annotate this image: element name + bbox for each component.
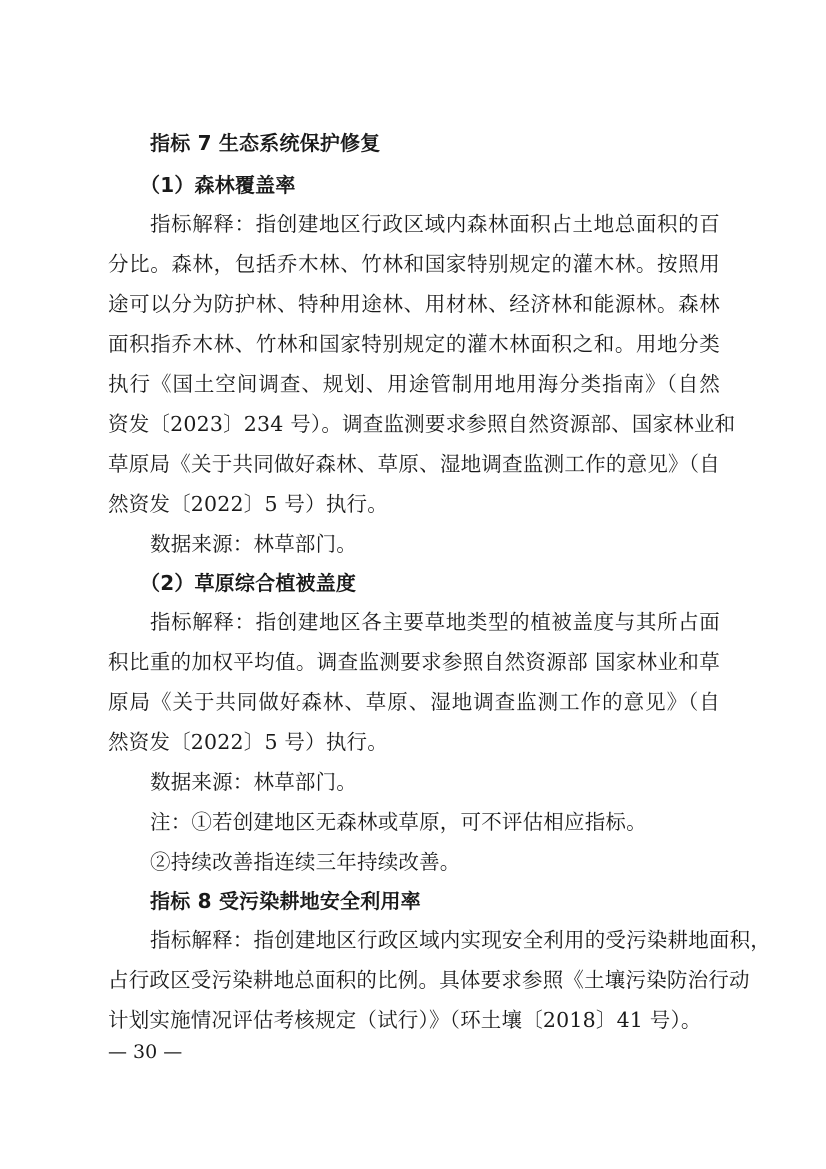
paragraph-line: 指标解释：指创建地区行政区域内森林面积占土地总面积的百 (150, 210, 720, 238)
paragraph-line: 计划实施情况评估考核规定（试行）》（环土壤〔2018〕41 号）。 (108, 1006, 720, 1034)
paragraph-line: 面积指乔木林、竹林和国家特别规定的灌木林面积之和。用地分类 (108, 330, 720, 358)
paragraph-line: 途可以分为防护林、特种用途林、用材林、经济林和能源林。森林 (108, 290, 720, 318)
paragraph-line: 积比重的加权平均值。调查监测要求参照自然资源部 国家林业和草 (108, 648, 720, 676)
paragraph-line: 原局《关于共同做好森林、草原、湿地调查监测工作的意见》（自 (108, 688, 720, 716)
note-line: ②持续改善指连续三年持续改善。 (150, 848, 762, 876)
section-7-heading: 指标 7 生态系统保护修复 (150, 129, 762, 157)
paragraph-line: 然资发〔2022〕5 号）执行。 (108, 490, 720, 518)
paragraph-line: 分比。森林，包括乔木林、竹林和国家特别规定的灌木林。按照用 (108, 250, 720, 278)
paragraph-line: 草原局《关于共同做好森林、草原、湿地调查监测工作的意见》（自 (108, 450, 720, 478)
paragraph-line: 资发〔2023〕234 号）。调查监测要求参照自然资源部、国家林业和 (108, 410, 720, 438)
data-source: 数据来源：林草部门。 (150, 768, 762, 796)
paragraph-line: 指标解释：指创建地区行政区域内实现安全利用的受污染耕地面积， (150, 926, 720, 954)
subsection-grassland-coverage-heading: （2）草原综合植被盖度 (140, 569, 752, 597)
document-page: 指标 7 生态系统保护修复 （1）森林覆盖率 指标解释：指创建地区行政区域内森林… (0, 0, 826, 1169)
page-number: — 30 — (108, 1040, 182, 1064)
note-line: 注：①若创建地区无森林或草原，可不评估相应指标。 (150, 808, 762, 836)
paragraph-line: 指标解释：指创建地区各主要草地类型的植被盖度与其所占面 (150, 608, 720, 636)
paragraph-line: 然资发〔2022〕5 号）执行。 (108, 728, 720, 756)
paragraph-line: 执行《国土空间调查、规划、用途管制用地用海分类指南》（自然 (108, 370, 720, 398)
paragraph-line: 占行政区受污染耕地总面积的比例。具体要求参照《土壤污染防治行动 (108, 966, 720, 994)
section-8-heading: 指标 8 受污染耕地安全利用率 (150, 887, 762, 915)
data-source: 数据来源：林草部门。 (150, 530, 762, 558)
subsection-forest-coverage-heading: （1）森林覆盖率 (140, 171, 752, 199)
